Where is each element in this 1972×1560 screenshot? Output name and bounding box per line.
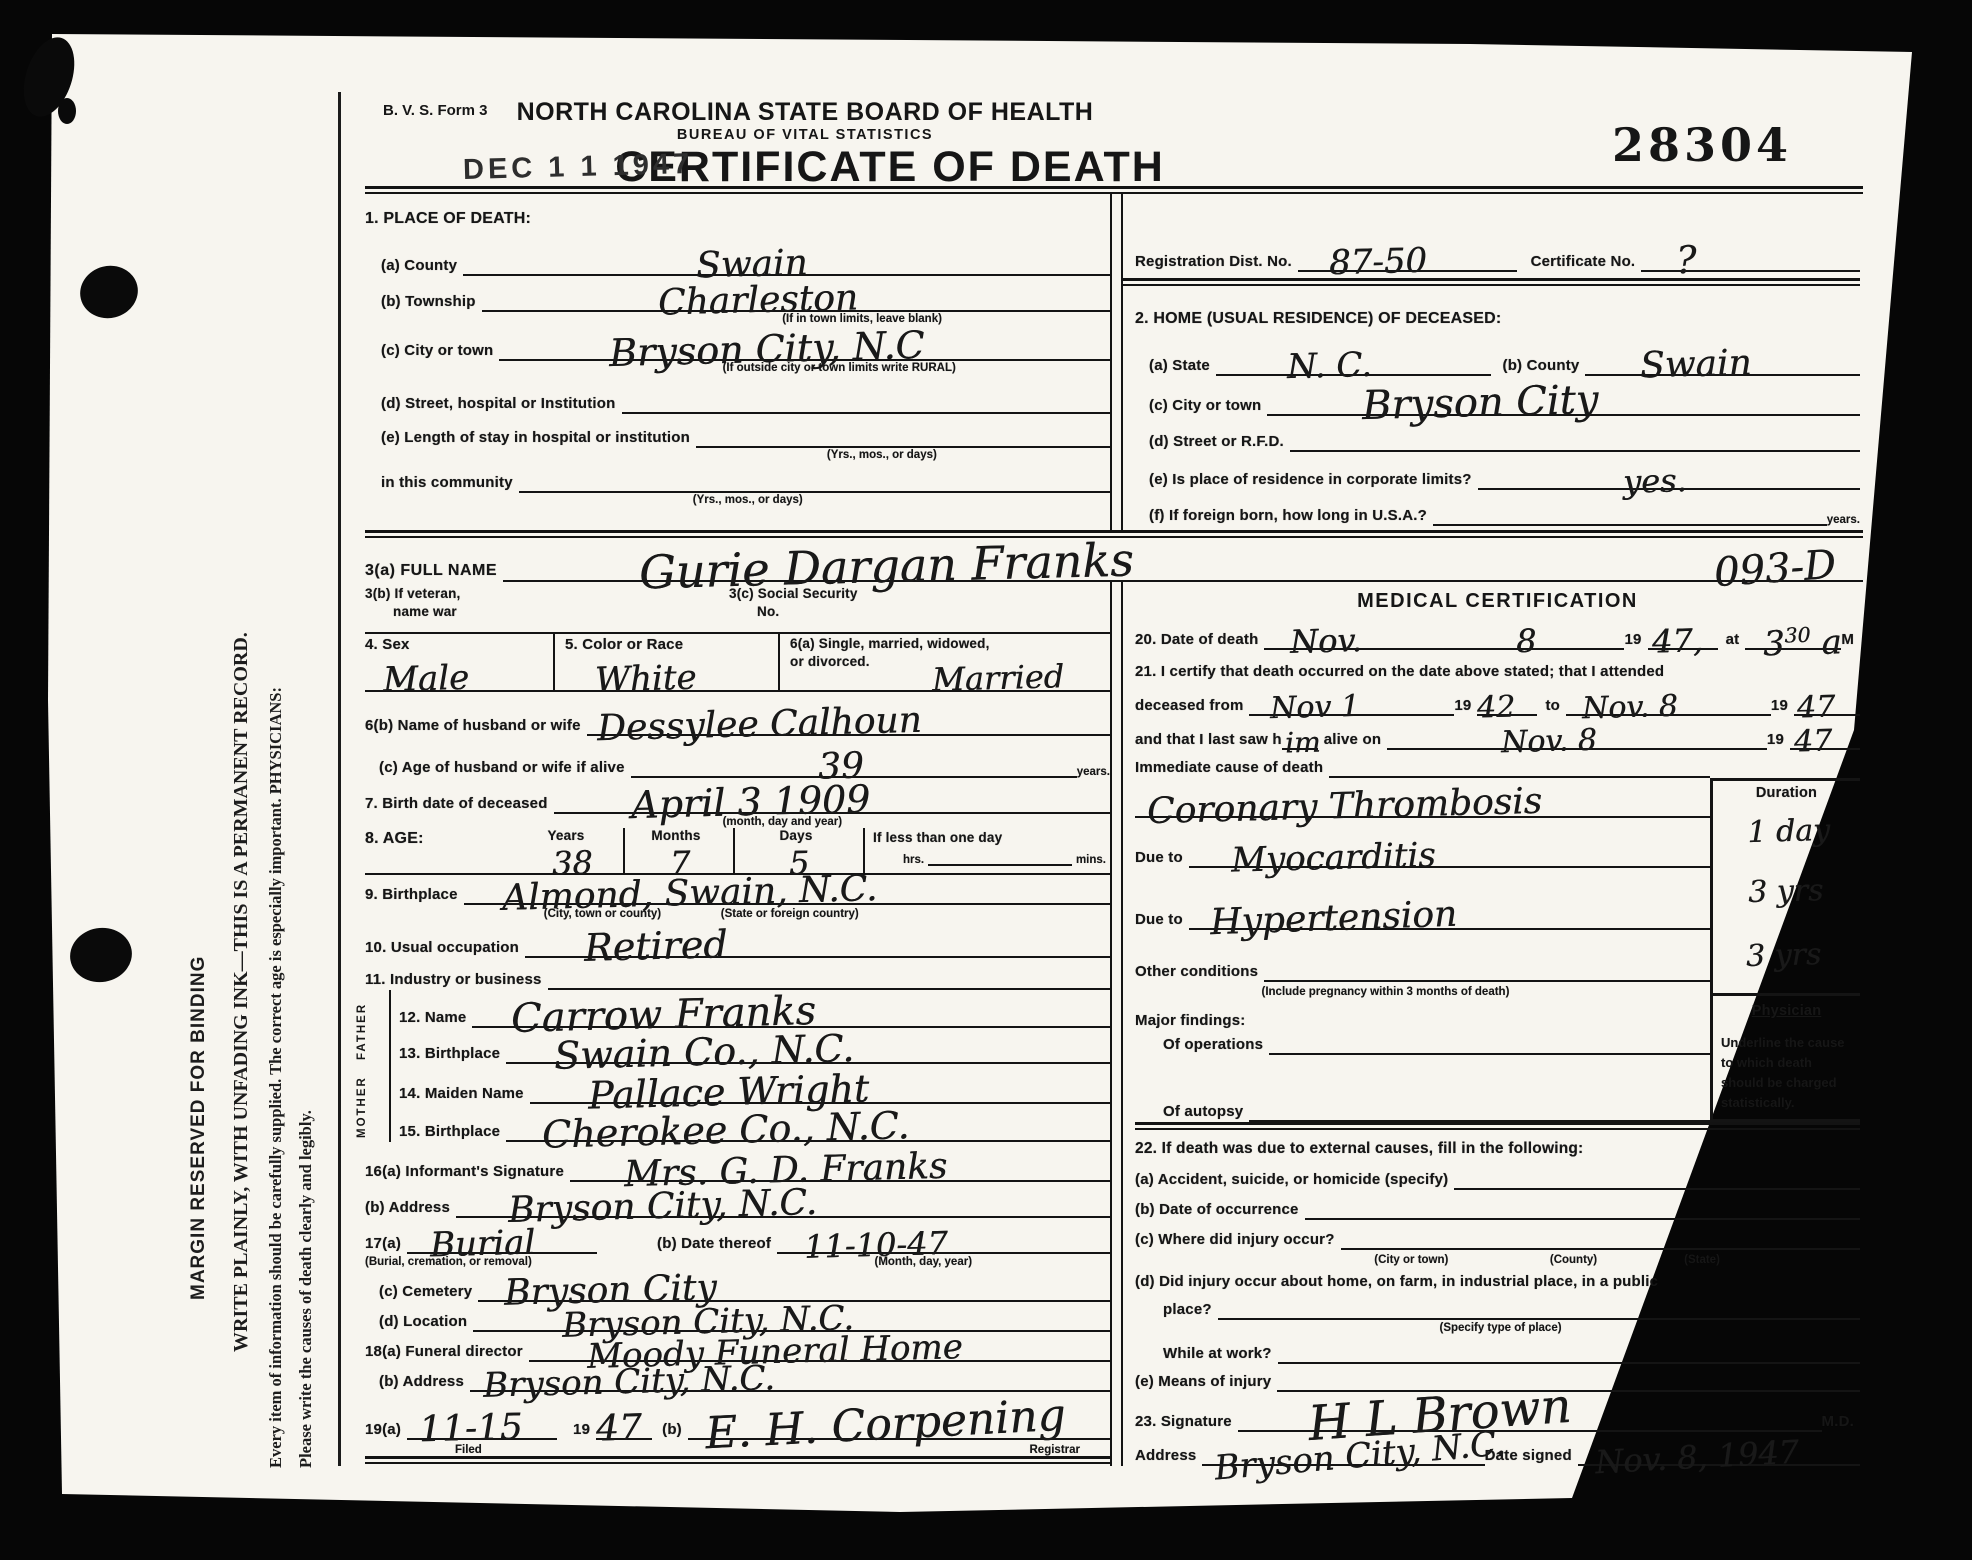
attended-from-year-prefix: 19: [1454, 697, 1477, 716]
father-birthplace-line: Swain Co., N.C.: [506, 1052, 1110, 1064]
cause-fields: Coronary Thrombosis Due to Myocarditis D…: [1135, 778, 1710, 1122]
death-date-month-value: Nov.: [1289, 624, 1362, 658]
age-months-label: Months: [625, 828, 733, 846]
age-less-cell: If less than one day hrs. mins.: [863, 828, 1110, 873]
registration-dist-value: 87-50: [1328, 244, 1427, 281]
pod-township-row: (b) Township Charleston: [365, 276, 1110, 312]
form-number: B. V. S. Form 3: [383, 102, 487, 119]
attended-from-line: Nov 1: [1249, 704, 1454, 716]
birthplace-note-row: (City, town or county) (State or foreign…: [365, 905, 1110, 920]
pod-city-label: (c) City or town: [381, 342, 499, 361]
registrar-note: Registrar: [1030, 1444, 1081, 1456]
attended-from-label: deceased from: [1135, 697, 1249, 716]
spouse-name-row: 6(b) Name of husband or wife Dessylee Ca…: [365, 692, 1110, 736]
certificate-form: B. V. S. Form 3 NORTH CAROLINA STATE BOA…: [338, 92, 1868, 1466]
home-title: 2. HOME (USUAL RESIDENCE) OF DECEASED:: [1135, 310, 1860, 338]
funeral-director-line: Moody Funeral Home: [529, 1350, 1110, 1362]
birth-date-row: 7. Birth date of deceased April 3 1909: [365, 778, 1110, 814]
death-date-row: 20. Date of death Nov. 8 19 47, at 330 a: [1135, 618, 1860, 650]
while-at-work-row: While at work?: [1135, 1334, 1860, 1364]
spouse-name-line: Dessylee Calhoun: [587, 724, 1110, 736]
physician-address-line: Bryson City, N.C.: [1202, 1454, 1484, 1466]
home-state-county-row: (a) State N. C. (b) County Swain: [1135, 338, 1860, 376]
registration-row: Registration Dist. No. 87-50 Certificate…: [1135, 194, 1860, 272]
race-cell: 5. Color or Race White: [553, 634, 778, 690]
informant-address-row: (b) Address Bryson City, N.C.: [365, 1182, 1110, 1218]
spouse-age-label: (c) Age of husband or wife if alive: [379, 759, 631, 778]
pod-community-line: [519, 481, 1110, 493]
marital-label-1: 6(a) Single, married, widowed,: [790, 636, 1110, 654]
file-code-value: 093-D: [1713, 545, 1837, 593]
death-time-hour: 3: [1762, 623, 1785, 664]
disposal-label: 17(a): [365, 1235, 407, 1254]
center-divider-upper: [1110, 194, 1123, 530]
autopsy-line: [1249, 1110, 1710, 1122]
scan-artifact: [58, 98, 76, 124]
occupation-row: 10. Usual occupation Retired: [365, 920, 1110, 958]
full-name-row: 3(a) FULL NAME Gurie Dargan Franks 093-D: [365, 538, 1863, 582]
operations-line: [1269, 1043, 1710, 1055]
immediate-cause-label-line: [1329, 766, 1710, 778]
mother-birthplace-row: 15. Birthplace Cherokee Co., N.C.: [399, 1104, 1110, 1142]
veteran-label-2: name war: [365, 604, 729, 622]
birthplace-note-1: (City, town or county): [544, 908, 661, 920]
father-side-strip: FATHER: [365, 990, 391, 1064]
mother-name-row: 14. Maiden Name Pallace Wright: [399, 1064, 1110, 1104]
disposal-line: Burial: [407, 1242, 597, 1254]
disposal-note: (Burial, cremation, or removal): [365, 1256, 532, 1268]
birthplace-line: Almond, Swain, N.C.: [464, 893, 1110, 905]
margin-note-causes: Please write the causes of death clearly…: [296, 1110, 316, 1468]
title-row: DEC 1 1 1947 CERTIFICATE OF DEATH: [365, 143, 1245, 192]
informant-address-label: (b) Address: [365, 1199, 456, 1218]
sidebar-divider: [1713, 993, 1860, 996]
physician-address-label: Address: [1135, 1447, 1202, 1466]
death-date-year-value: 47,: [1651, 624, 1703, 657]
attended-to-year-prefix: 19: [1771, 697, 1794, 716]
industry-row: 11. Industry or business: [365, 958, 1110, 990]
pod-street-line: [622, 402, 1111, 414]
cemetery-location-label: (d) Location: [379, 1313, 473, 1332]
death-date-day-line: 8: [1444, 638, 1624, 650]
age-days-cell: Days 5: [733, 828, 863, 873]
attended-to-year-line: 47: [1794, 704, 1860, 716]
home-county-label: (b) County: [1491, 357, 1586, 376]
filed-year-prefix: 19: [557, 1421, 596, 1440]
death-date-label: 20. Date of death: [1135, 631, 1264, 650]
margin-note-every-item: Every item of information should be care…: [266, 687, 286, 1468]
immediate-cause-label-row: Immediate cause of death: [1135, 750, 1860, 778]
industry-line: [548, 978, 1110, 990]
cemetery-row: (c) Cemetery Bryson City: [365, 1268, 1110, 1302]
pod-community-label: in this community: [381, 474, 519, 493]
spouse-age-line: 39: [631, 766, 1077, 778]
operations-label: Of operations: [1163, 1036, 1269, 1055]
other-conditions-row: Other conditions: [1135, 930, 1710, 982]
last-saw-date-line: Nov. 8: [1387, 738, 1767, 750]
birthplace-label: 9. Birthplace: [365, 886, 464, 905]
other-conditions-note-row: (Include pregnancy within 3 months of de…: [1135, 982, 1710, 998]
injury-place-label-2: place?: [1163, 1301, 1218, 1320]
pod-stay-row: (e) Length of stay in hospital or instit…: [365, 414, 1110, 448]
mother-name-line: Pallace Wright: [530, 1092, 1110, 1104]
due-to-1-label: Due to: [1135, 849, 1189, 868]
home-city-line: Bryson City: [1267, 404, 1860, 416]
board-title: NORTH CAROLINA STATE BOARD OF HEALTH: [365, 92, 1245, 127]
informant-address-line: Bryson City, N.C.: [456, 1206, 1110, 1218]
due-to-1-line: Myocarditis: [1189, 856, 1710, 868]
funeral-director-address-label: (b) Address: [379, 1373, 470, 1392]
last-saw-row: and that I last saw h im alive on Nov. 8…: [1135, 716, 1860, 750]
pod-city-note: (If outside city or town limits write RU…: [723, 362, 956, 374]
age-min-label: mins.: [1076, 854, 1106, 866]
injury-where-label: (c) Where did injury occur?: [1135, 1231, 1341, 1250]
father-name-row: 12. Name Carrow Franks: [399, 990, 1110, 1028]
age-less-label: If less than one day: [873, 830, 1106, 848]
scanned-death-certificate: MARGIN RESERVED FOR BINDING WRITE PLAINL…: [0, 0, 1972, 1560]
industry-label: 11. Industry or business: [365, 971, 548, 990]
form-header: B. V. S. Form 3 NORTH CAROLINA STATE BOA…: [365, 92, 1868, 186]
pod-city-row: (c) City or town Bryson City, N.C: [365, 325, 1110, 361]
funeral-director-label: 18(a) Funeral director: [365, 1343, 529, 1362]
place-of-death-title: 1. PLACE OF DEATH:: [365, 210, 1110, 242]
birth-date-line: April 3 1909: [554, 802, 1110, 814]
major-findings-block: Major findings: Of operations: [1135, 998, 1710, 1058]
physician-md-label: M.D.: [1822, 1413, 1860, 1432]
home-foreign-line: [1433, 514, 1827, 526]
age-years-cell: Years 38: [515, 828, 623, 873]
pod-township-label: (b) Township: [381, 293, 482, 312]
center-divider-lower: [1110, 582, 1123, 1466]
operations-row: Of operations: [1135, 1031, 1710, 1055]
funeral-director-row: 18(a) Funeral director Moody Funeral Hom…: [365, 1332, 1110, 1362]
death-date-year-prefix: 19: [1624, 631, 1647, 650]
pod-county-label: (a) County: [381, 257, 463, 276]
occurrence-date-line: [1305, 1208, 1860, 1220]
veteran-ss-row: 3(b) If veteran, name war 3(c) Social Se…: [365, 582, 1110, 634]
last-saw-year-line: 47: [1790, 738, 1860, 750]
occurrence-date-row: (b) Date of occurrence: [1135, 1190, 1860, 1220]
last-saw-year-prefix: 19: [1767, 731, 1790, 750]
pod-city-note-row: (If outside city or town limits write RU…: [365, 361, 1110, 374]
certificate-no-label: Certificate No.: [1517, 253, 1642, 272]
occupation-line: Retired: [525, 946, 1110, 958]
injury-place-line: [1218, 1308, 1860, 1320]
pod-township-note-row: (If in town limits, leave blank): [365, 312, 1110, 325]
birth-date-label: 7. Birth date of deceased: [365, 795, 554, 814]
cemetery-label: (c) Cemetery: [379, 1283, 478, 1302]
injury-place-note-row: (Specify type of place): [1135, 1320, 1860, 1334]
sex-race-marital-row: 4. Sex Male 5. Color or Race White 6(a) …: [365, 634, 1110, 692]
mother-birthplace-label: 15. Birthplace: [399, 1123, 506, 1142]
father-birthplace-label: 13. Birthplace: [399, 1045, 506, 1064]
ss-cell: 3(c) Social Security No.: [729, 582, 1110, 632]
injury-where-note-county: (County): [1550, 1254, 1597, 1266]
mother-side-strip: MOTHER: [365, 1064, 391, 1142]
death-time-m-label: M: [1841, 631, 1860, 650]
medical-title: MEDICAL CERTIFICATION: [1135, 590, 1860, 618]
registration-dist-label: Registration Dist. No.: [1135, 253, 1298, 272]
immediate-cause-label: Immediate cause of death: [1135, 759, 1329, 778]
certificate-no-value: ?: [1676, 241, 1697, 280]
pod-street-label: (d) Street, hospital or Institution: [381, 395, 622, 414]
informant-signature-row: 16(a) Informant's Signature Mrs. G. D. F…: [365, 1142, 1110, 1182]
funeral-director-address-line: Bryson City, N.C.: [470, 1380, 1110, 1392]
due-to-1-row: Due to Myocarditis: [1135, 818, 1710, 868]
last-saw-alive-label: alive on: [1318, 731, 1387, 750]
injury-where-note-row: (City or town) (County) (State): [1135, 1250, 1860, 1266]
spouse-age-suffix: years.: [1077, 766, 1110, 778]
immediate-cause-line: Coronary Thrombosis: [1135, 806, 1710, 818]
age-years-label: Years: [515, 828, 623, 846]
received-date-stamp: DEC 1 1 1947: [463, 148, 694, 187]
due-to-2-label: Due to: [1135, 911, 1189, 930]
certify-statement: 21. I certify that death occurred on the…: [1135, 650, 1860, 682]
margin-note-binding: MARGIN RESERVED FOR BINDING: [188, 956, 210, 1300]
attended-from-row: deceased from Nov 1 19 42 to Nov. 8 19 4…: [1135, 682, 1860, 716]
pod-community-note-row: (Yrs., mos., or days): [365, 493, 1110, 506]
disposal-row: 17(a) Burial (b) Date thereof 11-10-47: [365, 1218, 1110, 1254]
disposal-date-note: (Month, day, year): [874, 1256, 972, 1268]
due-to-2-row: Due to Hypertension: [1135, 868, 1710, 930]
external-causes-title: 22. If death was due to external causes,…: [1135, 1130, 1860, 1160]
last-saw-him-line: im: [1282, 738, 1318, 750]
full-name-line: Gurie Dargan Franks 093-D: [503, 570, 1863, 582]
disposal-date-label: (b) Date thereof: [597, 1235, 777, 1254]
other-conditions-label: Other conditions: [1135, 963, 1264, 982]
ss-label-1: 3(c) Social Security: [729, 586, 1110, 604]
filed-note-row: Filed Registrar: [365, 1440, 1110, 1456]
death-date-year-line: 47,: [1648, 638, 1718, 650]
date-signed-line: Nov. 8, 1947: [1578, 1454, 1860, 1466]
upper-split: 1. PLACE OF DEATH: (a) County Swain (b) …: [365, 194, 1868, 530]
spouse-age-row: (c) Age of husband or wife if alive 39 y…: [365, 736, 1110, 778]
injury-where-line: [1341, 1238, 1860, 1250]
home-state-label: (a) State: [1149, 357, 1216, 376]
full-name-label: 3(a) FULL NAME: [365, 562, 503, 582]
pod-community-note: (Yrs., mos., or days): [693, 494, 803, 506]
age-days-label: Days: [735, 828, 863, 846]
pod-county-row: (a) County Swain: [365, 242, 1110, 276]
home-city-row: (c) City or town Bryson City: [1135, 376, 1860, 416]
birthplace-note-2: (State or foreign country): [721, 908, 859, 920]
margin-note-permanent-record: WRITE PLAINLY, WITH UNFADING INK—THIS IS…: [230, 632, 253, 1352]
disposal-note-row: (Burial, cremation, or removal) (Month, …: [365, 1254, 1110, 1268]
means-of-injury-label: (e) Means of injury: [1135, 1373, 1277, 1392]
birth-date-note: (month, day and year): [723, 816, 843, 828]
sex-cell: 4. Sex Male: [365, 634, 553, 690]
injury-where-note-city: (City or town): [1374, 1254, 1448, 1266]
home-street-label: (d) Street or R.F.D.: [1149, 433, 1290, 452]
other-conditions-note: (Include pregnancy within 3 months of de…: [1262, 986, 1510, 998]
death-time-at-label: at: [1718, 631, 1746, 650]
home-corporate-row: (e) Is place of residence in corporate l…: [1135, 452, 1860, 490]
bureau-title: BUREAU OF VITAL STATISTICS: [365, 127, 1245, 143]
mother-block: MOTHER 14. Maiden Name Pallace Wright 15…: [365, 1064, 1110, 1142]
pod-street-row: (d) Street, hospital or Institution: [365, 374, 1110, 414]
home-city-label: (c) City or town: [1149, 397, 1267, 416]
mother-name-label: 14. Maiden Name: [399, 1085, 530, 1104]
attended-to-label: to: [1537, 697, 1566, 716]
home-corporate-label: (e) Is place of residence in corporate l…: [1149, 471, 1478, 490]
personal-section: 3(b) If veteran, name war 3(c) Social Se…: [365, 582, 1110, 1466]
filed-date-line: 11-15: [407, 1428, 557, 1440]
lower-split: 3(b) If veteran, name war 3(c) Social Se…: [365, 582, 1868, 1466]
certificate-no-line: ?: [1641, 260, 1860, 272]
home-foreign-suffix: years.: [1827, 514, 1860, 526]
pod-county-line: Swain: [463, 264, 1110, 276]
age-row: 8. AGE: Years 38 Months 7 Days 5: [365, 828, 1110, 875]
age-months-cell: Months 7: [623, 828, 733, 873]
filed-year-line: 47: [596, 1428, 652, 1440]
autopsy-label: Of autopsy: [1163, 1103, 1249, 1122]
home-residence-section: Registration Dist. No. 87-50 Certificate…: [1123, 194, 1868, 530]
filed-note: Filed: [455, 1444, 482, 1456]
father-birthplace-row: 13. Birthplace Swain Co., N.C.: [399, 1028, 1110, 1064]
informant-signature-line: Mrs. G. D. Franks: [570, 1170, 1110, 1182]
while-at-work-line: [1278, 1352, 1860, 1364]
accident-line: [1454, 1178, 1860, 1190]
registrar-paren-label: (b): [652, 1421, 688, 1440]
registration-dist-line: 87-50: [1298, 260, 1517, 272]
physician-address-row: Address Bryson City, N.C. Date signed No…: [1135, 1432, 1860, 1466]
home-street-line: [1290, 440, 1860, 452]
father-name-line: Carrow Franks: [472, 1016, 1110, 1028]
cause-grid: Coronary Thrombosis Due to Myocarditis D…: [1135, 778, 1860, 1122]
father-block: FATHER 12. Name Carrow Franks 13. Birthp…: [365, 990, 1110, 1064]
immediate-cause-value-row: Coronary Thrombosis: [1135, 778, 1710, 818]
father-fields: 12. Name Carrow Franks 13. Birthplace Sw…: [391, 990, 1110, 1064]
registrar-line: E. H. Corpening: [688, 1428, 1110, 1440]
place-of-death-section: 1. PLACE OF DEATH: (a) County Swain (b) …: [365, 194, 1110, 530]
filed-label: 19(a): [365, 1421, 407, 1440]
death-date-day-value: 8: [1516, 625, 1537, 658]
pod-township-line: Charleston: [482, 300, 1110, 312]
home-county-line: Swain: [1585, 364, 1860, 376]
physician-signature-line: H L Brown: [1238, 1420, 1822, 1432]
race-label: 5. Color or Race: [565, 636, 689, 655]
home-corporate-line: yes.: [1478, 478, 1860, 490]
injury-place-row: place?: [1135, 1292, 1860, 1320]
duration-physician-sidebar: Duration 1 day 3 yrs 3 yrs Physician Und…: [1710, 778, 1860, 1122]
attended-from-year-line: 42: [1477, 704, 1537, 716]
medical-section: MEDICAL CERTIFICATION 20. Date of death …: [1123, 582, 1868, 1466]
physician-signature-label: 23. Signature: [1135, 1413, 1238, 1432]
cemetery-location-row: (d) Location Bryson City, N.C.: [365, 1302, 1110, 1332]
injury-place-note: (Specify type of place): [1440, 1322, 1562, 1334]
death-time-ampm: a: [1820, 622, 1841, 663]
major-findings-label: Major findings:: [1135, 1012, 1710, 1031]
spouse-name-label: 6(b) Name of husband or wife: [365, 717, 587, 736]
accident-row: (a) Accident, suicide, or homicide (spec…: [1135, 1160, 1860, 1190]
pod-community-row: in this community: [365, 461, 1110, 493]
autopsy-row: Of autopsy: [1135, 1058, 1710, 1122]
sex-label: 4. Sex: [365, 636, 416, 655]
physician-label: Physician: [1713, 1003, 1860, 1019]
attended-to-line: Nov. 8: [1566, 704, 1771, 716]
occurrence-date-label: (b) Date of occurrence: [1135, 1201, 1305, 1220]
pod-stay-note: (Yrs., mos., or days): [827, 449, 937, 461]
ss-label-2: No.: [729, 604, 1110, 622]
duration-label: Duration: [1713, 781, 1860, 801]
home-street-row: (d) Street or R.F.D.: [1135, 416, 1860, 452]
mother-birthplace-line: Cherokee Co., N.C.: [506, 1130, 1110, 1142]
veteran-cell: 3(b) If veteran, name war: [365, 582, 729, 632]
home-foreign-row: (f) If foreign born, how long in U.S.A.?…: [1135, 490, 1860, 526]
pod-stay-label: (e) Length of stay in hospital or instit…: [381, 429, 696, 448]
funeral-director-address-row: (b) Address Bryson City, N.C.: [365, 1362, 1110, 1392]
filed-row: 19(a) 11-15 19 47 (b) E. H. Corpening: [365, 1392, 1110, 1440]
age-label: 8. AGE:: [365, 830, 430, 849]
marital-value: Married: [931, 660, 1064, 695]
father-name-label: 12. Name: [399, 1009, 472, 1028]
last-saw-label: and that I last saw h: [1135, 731, 1282, 750]
due-to-2-line: Hypertension: [1189, 918, 1710, 930]
death-time-line: 330 a: [1745, 638, 1841, 650]
registration-rule: [1123, 278, 1860, 286]
age-label-cell: 8. AGE:: [365, 828, 515, 873]
home-foreign-label: (f) If foreign born, how long in U.S.A.?: [1149, 507, 1433, 526]
while-at-work-label: While at work?: [1163, 1345, 1278, 1364]
cemetery-location-line: Bryson City, N.C.: [473, 1320, 1110, 1332]
marital-cell: 6(a) Single, married, widowed, or divorc…: [778, 634, 1110, 690]
pod-city-line: Bryson City, N.C: [499, 349, 1110, 361]
injury-where-row: (c) Where did injury occur?: [1135, 1220, 1860, 1250]
death-time-minutes: 30: [1784, 622, 1811, 647]
accident-label: (a) Accident, suicide, or homicide (spec…: [1135, 1171, 1454, 1190]
certificate-title: CERTIFICATE OF DEATH: [615, 143, 1165, 192]
mother-side-label: MOTHER: [356, 1076, 368, 1138]
death-time-value: 330 a: [1762, 624, 1842, 661]
father-side-label: FATHER: [356, 1003, 368, 1060]
physician-note: Underline the cause to which death shoul…: [1721, 1033, 1854, 1114]
home-state-line: N. C.: [1216, 364, 1491, 376]
other-conditions-line: [1264, 970, 1710, 982]
injury-place-label-1: (d) Did injury occur about home, on farm…: [1135, 1266, 1860, 1292]
age-hrs-line: [928, 854, 1072, 866]
veteran-label-1: 3(b) If veteran,: [365, 586, 729, 604]
injury-where-note-state: (State): [1684, 1254, 1720, 1266]
age-hrs-min-row: hrs. mins.: [873, 848, 1106, 866]
disposal-date-line: 11-10-47: [777, 1242, 1110, 1254]
birth-date-note-row: (month, day and year): [365, 814, 1110, 828]
pod-stay-line: [696, 436, 1110, 448]
mother-fields: 14. Maiden Name Pallace Wright 15. Birth…: [391, 1064, 1110, 1142]
informant-signature-label: 16(a) Informant's Signature: [365, 1163, 570, 1182]
death-date-month-line: Nov.: [1264, 638, 1444, 650]
age-hrs-label: hrs.: [903, 854, 924, 866]
birthplace-row: 9. Birthplace Almond, Swain, N.C.: [365, 875, 1110, 905]
date-signed-value: Nov. 8, 1947: [1594, 1436, 1799, 1479]
pod-stay-note-row: (Yrs., mos., or days): [365, 448, 1110, 461]
occupation-label: 10. Usual occupation: [365, 939, 525, 958]
